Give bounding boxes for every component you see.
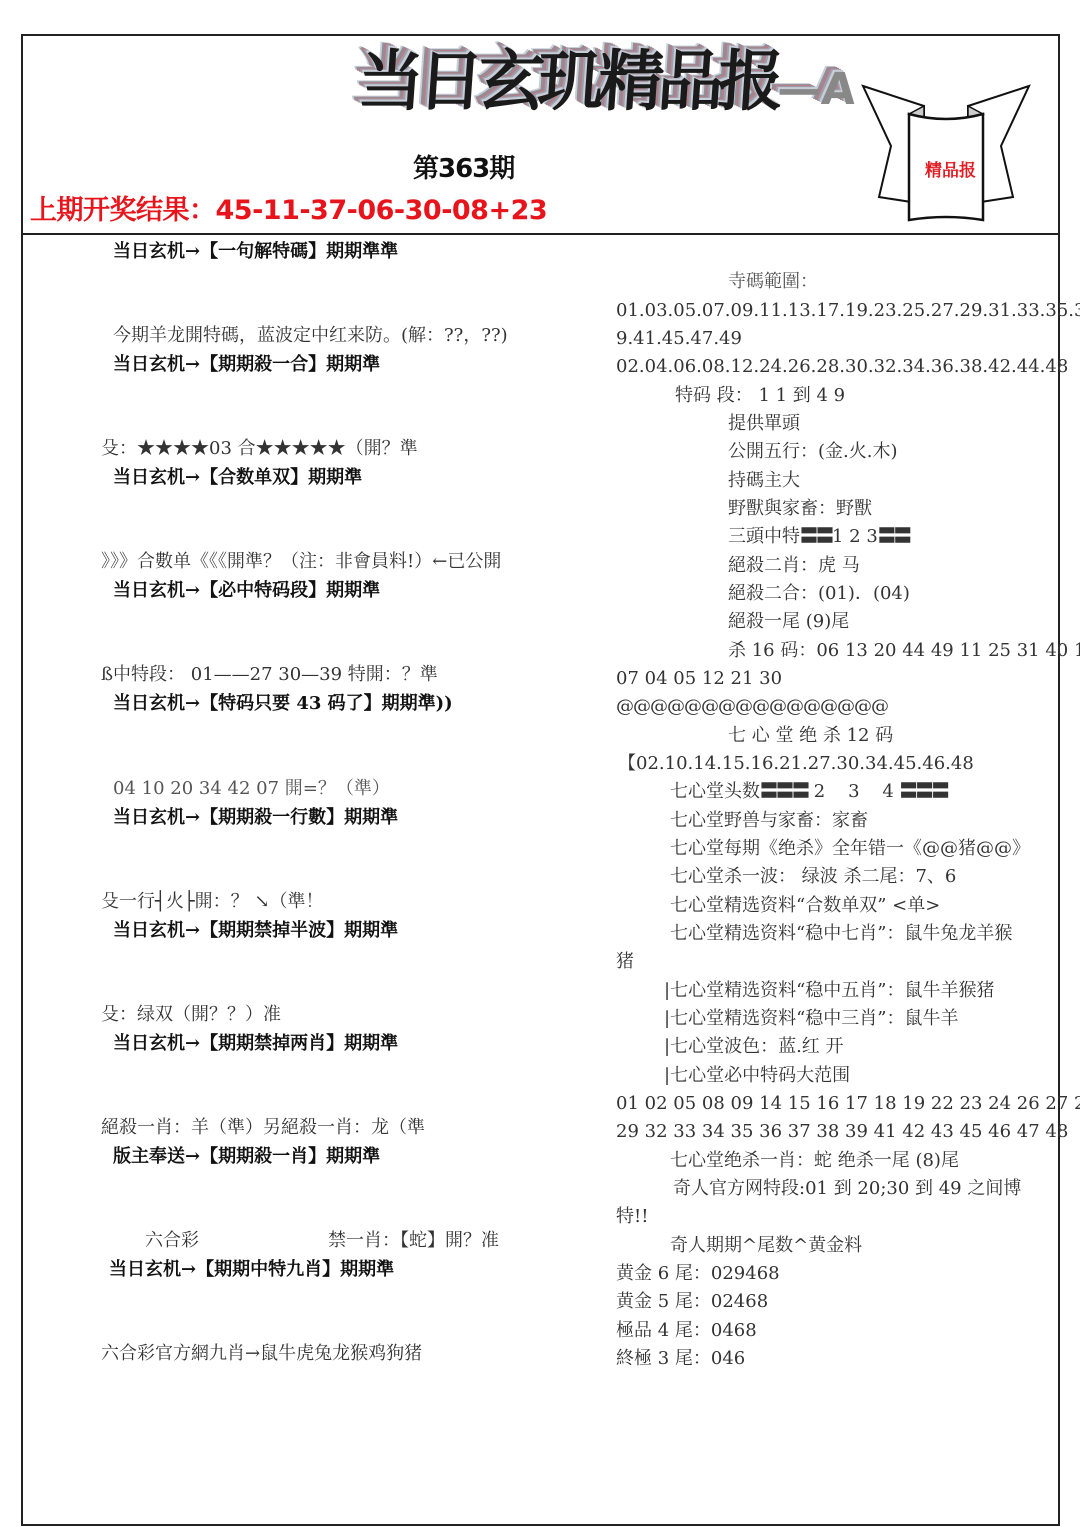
tail-label: 極品 4 尾： — [616, 1320, 711, 1341]
tail-row: 極品 4 尾：0468 — [616, 1319, 757, 1343]
section-title: 当日玄机→【期期殺一行數】期期準 — [113, 806, 398, 830]
qiren-segment-line2: 特!! — [616, 1205, 648, 1229]
tail-value: 02468 — [711, 1291, 768, 1312]
qiren-title: 奇人期期^尾数^黄金料 — [670, 1234, 862, 1258]
kill-16-line2: 07 04 05 12 21 30 — [616, 667, 782, 691]
three-head-numbers: 1 2 3 — [832, 526, 878, 547]
qxt-five: |七心堂精选资料“稳中五肖”：鼠牛羊猴猪 — [664, 979, 994, 1003]
at-separator: @@@@@@@@@@@@@@@@ — [616, 695, 888, 719]
qxt-seven-line2: 猪 — [616, 950, 634, 974]
section-title: 当日玄机→【期期殺一合】期期準 — [113, 353, 380, 377]
tail-row: 黄金 6 尾：029468 — [616, 1262, 780, 1286]
qxt-head: 七心堂头数〓〓〓 2 3 4 〓〓〓 — [670, 780, 948, 804]
segment: 特码 段： 1 1 到 4 9 — [675, 384, 845, 408]
header: 当日玄玑精品报—A 第363期 上期开奖结果：45-11-37-06-30-08… — [23, 36, 1058, 235]
section-title: 当日玄机→【必中特码段】期期準 — [113, 579, 380, 603]
tail-label: 黄金 6 尾： — [616, 1263, 711, 1284]
right-column: 寺碼範圍： 01.03.05.07.09.11.13.17.19.23.25.2… — [598, 237, 1062, 1527]
qxt-kill-wave: 七心堂杀一波： 绿波 杀二尾：7、6 — [670, 865, 956, 889]
badge-banner: 精品报 — [861, 84, 1031, 224]
qxt-wild-domestic: 七心堂野兽与家畜：家畜 — [670, 809, 868, 833]
range-odd-line2: 9.41.45.47.49 — [616, 327, 742, 351]
section-title: 当日玄机→【一句解特碼】期期準準 — [113, 240, 398, 264]
wild-domestic: 野獸與家畜：野獸 — [728, 497, 872, 521]
last-result-numbers: 45-11-37-06-30-08+23 — [216, 195, 548, 226]
five-elements: 公開五行：(金.火.木) — [728, 440, 898, 464]
section-content: 今期羊龙開特碼，蓝波定中红来防。(解：??，??) — [113, 324, 508, 348]
badge-label: 精品报 — [925, 156, 976, 181]
section-title: 版主奉送→【期期殺一肖】期期準 — [113, 1145, 380, 1169]
tail-value: 029468 — [711, 1263, 780, 1284]
qxt-head-numbers: 2 3 4 — [814, 781, 894, 802]
bar-icon: 〓〓 — [800, 526, 832, 547]
tail-value: 046 — [711, 1348, 745, 1369]
section-content: 殳：★★★★03 合★★★★★（開？準 — [101, 437, 418, 461]
three-head-prefix: 三頭中特 — [728, 526, 800, 547]
kill-one-tail: 絕殺一尾 (9)尾 — [728, 610, 849, 634]
qxt-yearly: 七心堂每期《绝杀》全年错一《@@猪@@》 — [670, 837, 1030, 861]
section-title: 当日玄机→【合数单双】期期準 — [113, 466, 362, 490]
qxt-seven-line1: 七心堂精选资料“稳中七肖”：鼠牛兔龙羊猴 — [670, 922, 1012, 946]
qxt-kill12-numbers: 【02.10.14.15.16.21.27.30.34.45.46.48 — [618, 752, 974, 776]
section-content: 》》》合數单《《《開準？（注：非會員料!）←已公開 — [101, 550, 501, 574]
masthead-title: 当日玄玑精品报—A — [355, 42, 859, 122]
qxt-kill12-title: 七 心 堂 绝 杀 12 码 — [728, 724, 893, 748]
tail-row: 黄金 5 尾：02468 — [616, 1290, 768, 1314]
qiren-segment-line1: 奇人官方网特段:01 到 20;30 到 49 之间博 — [673, 1177, 1021, 1201]
section-content-left: 六合彩 — [145, 1229, 199, 1253]
section-content: 殳：绿双（開？？）准 — [101, 1003, 281, 1027]
kill-16-line1: 杀 16 码：06 13 20 44 49 11 25 31 40 10 — [728, 639, 1080, 663]
tail-label: 終極 3 尾： — [616, 1348, 711, 1369]
section-title: 当日玄机→【期期中特九肖】期期準 — [109, 1258, 394, 1282]
section-title: 当日玄机→【期期禁掉两肖】期期準 — [113, 1032, 398, 1056]
section-title: 当日玄机→【特码只要 43 码了】期期準)) — [113, 692, 453, 716]
tail-row: 終極 3 尾：046 — [616, 1347, 745, 1371]
bar-icon: 〓〓〓 — [760, 781, 808, 802]
bar-icon: 〓〓 — [878, 526, 910, 547]
page-frame: 当日玄玑精品报—A 第363期 上期开奖结果：45-11-37-06-30-08… — [21, 34, 1060, 1526]
section-content: 六合彩官方網九肖→鼠牛虎兔龙猴鸡狗猪 — [101, 1342, 422, 1366]
qxt-big-range-line2: 29 32 33 34 35 36 37 38 39 41 42 43 45 4… — [616, 1120, 1068, 1144]
qxt-head-prefix: 七心堂头数 — [670, 781, 760, 802]
single-head: 提供單頭 — [728, 412, 800, 436]
range-title: 寺碼範圍： — [728, 270, 818, 294]
masthead-suffix: —A — [776, 64, 858, 115]
tail-value: 0468 — [711, 1320, 757, 1341]
section-content-right: 禁一肖：【蛇】開？准 — [328, 1229, 499, 1253]
tail-label: 黄金 5 尾： — [616, 1291, 711, 1312]
three-head: 三頭中特〓〓1 2 3〓〓 — [728, 525, 910, 549]
range-even: 02.04.06.08.12.24.26.28.30.32.34.36.38.4… — [616, 355, 1068, 379]
section-content: ß中特段： 01——27 30—39 特開：？準 — [101, 663, 438, 687]
main-big: 持碼主大 — [728, 469, 800, 493]
left-column: 当日玄机→【一句解特碼】期期準準 今期羊龙開特碼，蓝波定中红来防。(解：??，?… — [23, 237, 583, 1527]
section-title: 当日玄机→【期期禁掉半波】期期準 — [113, 919, 398, 943]
qxt-big-range-line1: 01 02 05 08 09 14 15 16 17 18 19 22 23 2… — [616, 1092, 1080, 1116]
last-result: 上期开奖结果：45-11-37-06-30-08+23 — [30, 188, 547, 227]
masthead-title-text: 当日玄玑精品报 — [355, 43, 780, 120]
kill-two-combo: 絕殺二合：(01)．(04) — [728, 582, 910, 606]
section-content: 絕殺一肖：羊（準）另絕殺一肖：龙（準 — [101, 1116, 425, 1140]
section-content: 殳一行┤火├開：？ ↘（準！ — [101, 890, 323, 914]
qxt-wave-color: |七心堂波色：蓝.红 开 — [664, 1035, 844, 1059]
scroll-banner-icon — [861, 84, 1031, 224]
qxt-three: |七心堂精选资料“稳中三肖”：鼠牛羊 — [664, 1007, 958, 1031]
qxt-odd-even: 七心堂精选资料“合数单双” <单> — [670, 894, 940, 918]
range-odd-line1: 01.03.05.07.09.11.13.17.19.23.25.27.29.3… — [616, 299, 1080, 323]
qxt-kill-zodiac-tail: 七心堂绝杀一肖：蛇 绝杀一尾 (8)尾 — [670, 1149, 959, 1173]
bar-icon: 〓〓〓 — [900, 781, 948, 802]
kill-two-zodiac: 絕殺二肖：虎 马 — [728, 554, 860, 578]
section-content: 04 10 20 34 42 07 開=？（準） — [113, 777, 390, 801]
last-result-label: 上期开奖结果： — [30, 195, 216, 226]
qxt-big-range-title: |七心堂必中特码大范围 — [664, 1064, 850, 1088]
issue-number: 第363期 — [413, 148, 514, 185]
